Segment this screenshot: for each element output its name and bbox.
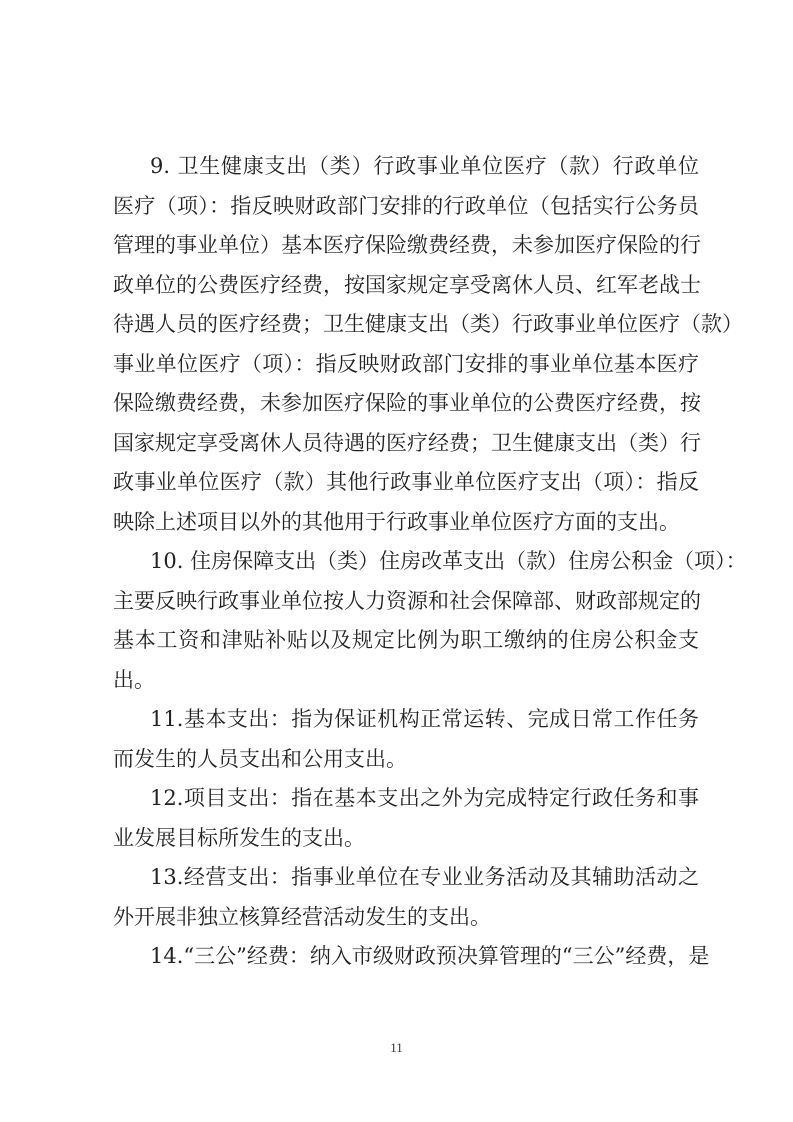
text-line: 9. 卫生健康支出（类）行政事业单位医疗（款）行政单位 xyxy=(113,147,699,187)
text-line: 而发生的人员支出和公用支出。 xyxy=(113,740,699,780)
text-line: 管理的事业单位）基本医疗保险缴费经费，未参加医疗保险的行 xyxy=(113,226,699,266)
text-line: 外开展非独立核算经营活动发生的支出。 xyxy=(113,898,699,938)
text-line: 事业单位医疗（项）：指反映财政部门安排的事业单位基本医疗 xyxy=(113,345,699,385)
text-line: 国家规定享受离休人员待遇的医疗经费；卫生健康支出（类）行 xyxy=(113,424,699,464)
paragraph-11: 11.基本支出：指为保证机构正常运转、完成日常工作任务 而发生的人员支出和公用支… xyxy=(113,700,699,779)
text-line: 待遇人员的医疗经费；卫生健康支出（类）行政事业单位医疗（款） xyxy=(113,305,699,345)
paragraph-14: 14.“三公”经费：纳入市级财政预决算管理的“三公”经费，是 xyxy=(113,937,699,977)
text-line: 10. 住房保障支出（类）住房改革支出（款）住房公积金（项）： xyxy=(113,542,699,582)
text-line: 11.基本支出：指为保证机构正常运转、完成日常工作任务 xyxy=(113,700,699,740)
document-body: 9. 卫生健康支出（类）行政事业单位医疗（款）行政单位 医疗（项）：指反映财政部… xyxy=(113,147,699,977)
text-line: 12.项目支出：指在基本支出之外为完成特定行政任务和事 xyxy=(113,779,699,819)
text-line: 业发展目标所发生的支出。 xyxy=(113,819,699,859)
text-line: 13.经营支出：指事业单位在专业业务活动及其辅助活动之 xyxy=(113,858,699,898)
paragraph-9: 9. 卫生健康支出（类）行政事业单位医疗（款）行政单位 医疗（项）：指反映财政部… xyxy=(113,147,699,542)
text-line: 政事业单位医疗（款）其他行政事业单位医疗支出（项）：指反 xyxy=(113,463,699,503)
text-line: 映除上述项目以外的其他用于行政事业单位医疗方面的支出。 xyxy=(113,503,699,543)
text-line: 基本工资和津贴补贴以及规定比例为职工缴纳的住房公积金支 xyxy=(113,621,699,661)
text-line: 医疗（项）：指反映财政部门安排的行政单位（包括实行公务员 xyxy=(113,187,699,227)
paragraph-10: 10. 住房保障支出（类）住房改革支出（款）住房公积金（项）： 主要反映行政事业… xyxy=(113,542,699,700)
text-line: 出。 xyxy=(113,661,699,701)
page-number: 11 xyxy=(0,1040,793,1056)
paragraph-12: 12.项目支出：指在基本支出之外为完成特定行政任务和事 业发展目标所发生的支出。 xyxy=(113,779,699,858)
text-line: 14.“三公”经费：纳入市级财政预决算管理的“三公”经费，是 xyxy=(113,937,699,977)
document-page: 9. 卫生健康支出（类）行政事业单位医疗（款）行政单位 医疗（项）：指反映财政部… xyxy=(0,0,793,1122)
paragraph-13: 13.经营支出：指事业单位在专业业务活动及其辅助活动之 外开展非独立核算经营活动… xyxy=(113,858,699,937)
text-line: 主要反映行政事业单位按人力资源和社会保障部、财政部规定的 xyxy=(113,582,699,622)
text-line: 政单位的公费医疗经费，按国家规定享受离休人员、红军老战士 xyxy=(113,266,699,306)
text-line: 保险缴费经费，未参加医疗保险的事业单位的公费医疗经费，按 xyxy=(113,384,699,424)
